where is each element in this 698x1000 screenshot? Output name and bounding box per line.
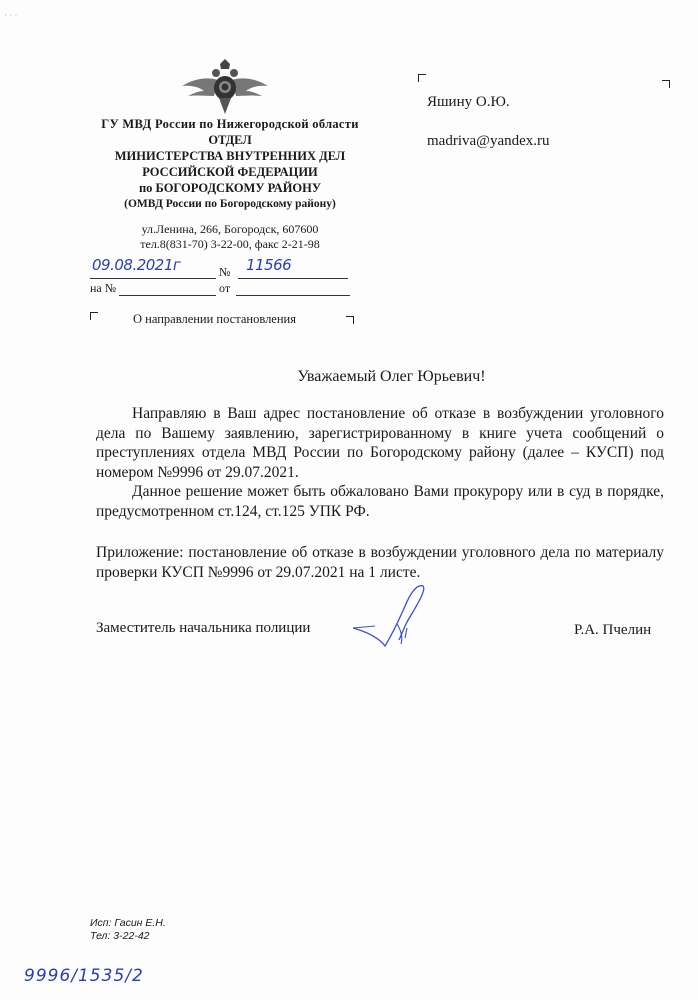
sender-address: ул.Ленина, 266, Богородск, 607600 — [60, 222, 400, 237]
number-label: № — [219, 265, 230, 280]
sender-line-6: (ОМВД России по Богородскому району) — [60, 196, 400, 212]
from-label: от — [219, 281, 230, 296]
sender-header: ГУ МВД России по Нижегородской области О… — [60, 116, 400, 212]
scan-artifact: · · · — [4, 10, 18, 20]
subject-bracket-left — [90, 312, 98, 320]
letter-body: Направляю в Ваш адрес постановление об о… — [96, 404, 664, 521]
paragraph-appeal: Данное решение может быть обжаловано Вам… — [96, 482, 664, 521]
sender-phone: тел.8(831-70) 3-22-00, факс 2-21-98 — [60, 237, 400, 252]
recipient-bracket-right — [662, 80, 670, 88]
registration-date: 09.08.2021г — [92, 256, 180, 274]
signer-position: Заместитель начальника полиции — [96, 620, 310, 637]
sender-line-4: РОССИЙСКОЙ ФЕДЕРАЦИИ — [60, 164, 400, 180]
paragraph-main: Направляю в Ваш адрес постановление об о… — [96, 404, 664, 482]
date-underline — [90, 278, 216, 279]
mvd-emblem-icon — [180, 58, 270, 116]
number-underline — [238, 278, 348, 279]
executor-name: Исп: Гасин Е.Н. — [90, 917, 166, 930]
attachment-text: Приложение: постановление об отказе в во… — [96, 543, 664, 582]
executor-block: Исп: Гасин Е.Н. Тел: 3-22-42 — [90, 917, 166, 943]
subject-bracket-right — [346, 316, 354, 324]
handwritten-file-number: 9996/1535/2 — [24, 966, 144, 986]
sender-line-1: ГУ МВД России по Нижегородской области — [60, 116, 400, 132]
reply-to-label: на № — [90, 281, 116, 296]
from-underline — [236, 295, 350, 296]
signature-scribble-icon — [345, 580, 445, 656]
signer-name: Р.А. Пчелин — [574, 622, 651, 639]
recipient-email: madriva@yandex.ru — [427, 133, 550, 150]
attachment-note: Приложение: постановление об отказе в во… — [96, 543, 664, 582]
reply-to-underline — [119, 295, 216, 296]
greeting: Уважаемый Олег Юрьевич! — [0, 368, 698, 386]
sender-line-5: по БОГОРОДСКОМУ РАЙОНУ — [60, 180, 400, 196]
sender-contacts: ул.Ленина, 266, Богородск, 607600 тел.8(… — [60, 222, 400, 252]
subject-line: О направлении постановления — [133, 312, 296, 327]
registration-number: 11566 — [246, 256, 291, 274]
sender-line-3: МИНИСТЕРСТВА ВНУТРЕННИХ ДЕЛ — [60, 148, 400, 164]
recipient-bracket-left — [418, 74, 426, 82]
recipient-name: Яшину О.Ю. — [427, 94, 510, 111]
sender-line-2: ОТДЕЛ — [60, 132, 400, 148]
executor-phone: Тел: 3-22-42 — [90, 930, 166, 943]
